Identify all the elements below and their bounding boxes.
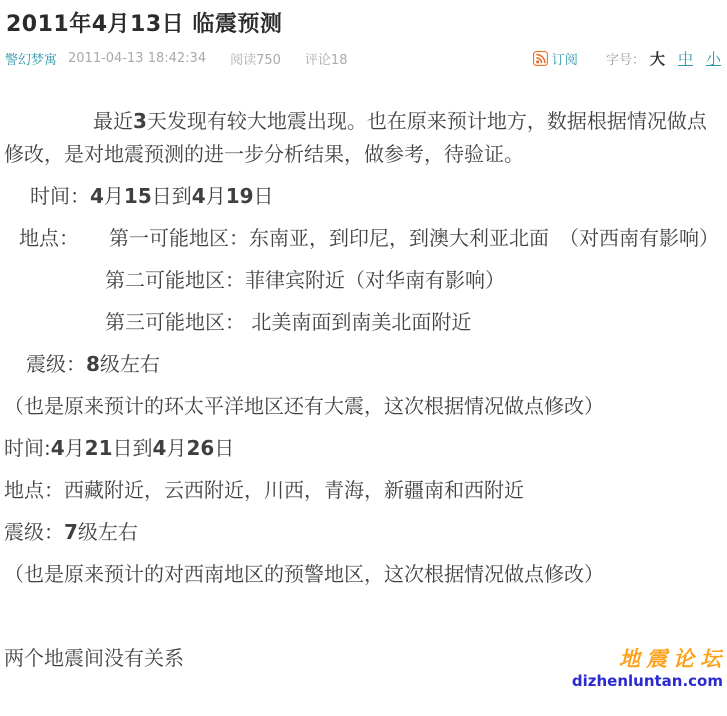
font-size-label: 字号： xyxy=(606,49,645,68)
paragraph: （也是原来预计的环太平洋地区还有大震，这次根据情况做点修改） xyxy=(4,390,714,423)
font-size-small-button[interactable]: 小 xyxy=(706,48,721,69)
post-date: 2011-04-13 18:42:34 xyxy=(68,51,206,66)
font-size-large-button[interactable]: 大 xyxy=(650,48,665,69)
font-size-medium-button[interactable]: 中 xyxy=(678,48,693,69)
article-body: 最近3天发现有较大地震出现。也在原来预计地方，数据根据情况做点修改，是对地震预测… xyxy=(4,96,714,684)
post-title: 2011年4月13日 临震预测 xyxy=(0,0,727,38)
paragraph: 第二可能地区：菲律宾附近（对华南有影响） xyxy=(4,264,714,297)
paragraph: （也是原来预计的对西南地区的预警地区，这次根据情况做点修改） xyxy=(4,558,714,591)
paragraph: 震级：7级左右 xyxy=(4,516,714,549)
paragraph: 最近3天发现有较大地震出现。也在原来预计地方，数据根据情况做点修改，是对地震预测… xyxy=(4,105,714,171)
read-count: 阅读750 xyxy=(230,49,281,68)
comment-count: 评论18 xyxy=(305,49,348,68)
author-link[interactable]: 警幻梦寓 xyxy=(5,49,57,68)
paragraph: 地点： 第一可能地区：东南亚，到印尼，到澳大利亚北面 （对西南有影响） xyxy=(4,222,714,255)
watermark-site-name: 地震论坛 xyxy=(572,645,727,672)
subscribe-link[interactable]: 订阅 xyxy=(552,49,578,68)
paragraph: 时间:4月21日到4月26日 xyxy=(4,432,714,465)
paragraph: 时间：4月15日到4月19日 xyxy=(4,180,714,213)
paragraph: 地点：西藏附近，云西附近，川西，青海，新疆南和西附近 xyxy=(4,474,714,507)
site-watermark: 地震论坛 dizhenluntan.com xyxy=(572,645,723,690)
post-tools: 订阅 字号： 大 中 小 xyxy=(533,48,721,69)
paragraph: 第三可能地区： 北美南面到南美北面附近 xyxy=(4,306,714,339)
watermark-site-url: dizhenluntan.com xyxy=(572,672,723,690)
post-meta-bar: 警幻梦寓 2011-04-13 18:42:34 阅读750 评论18 订阅 字… xyxy=(5,49,721,67)
rss-icon xyxy=(533,51,548,66)
paragraph: 震级：8级左右 xyxy=(4,348,714,381)
paragraph xyxy=(4,600,714,633)
